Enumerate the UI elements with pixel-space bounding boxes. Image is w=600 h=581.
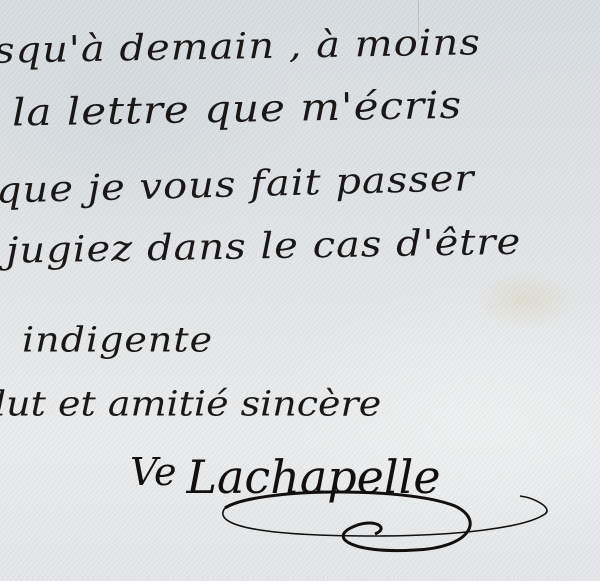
handwritten-line-1: squ'à demain , à moins [0,22,481,72]
handwritten-line-2: la lettre que m'écris [12,83,463,135]
handwritten-line-6: lut et amitié sincère [0,384,381,424]
signature-flourish-icon [215,488,555,563]
handwritten-line-5: indigente [22,320,213,360]
signature-prefix: Ve [130,450,176,494]
